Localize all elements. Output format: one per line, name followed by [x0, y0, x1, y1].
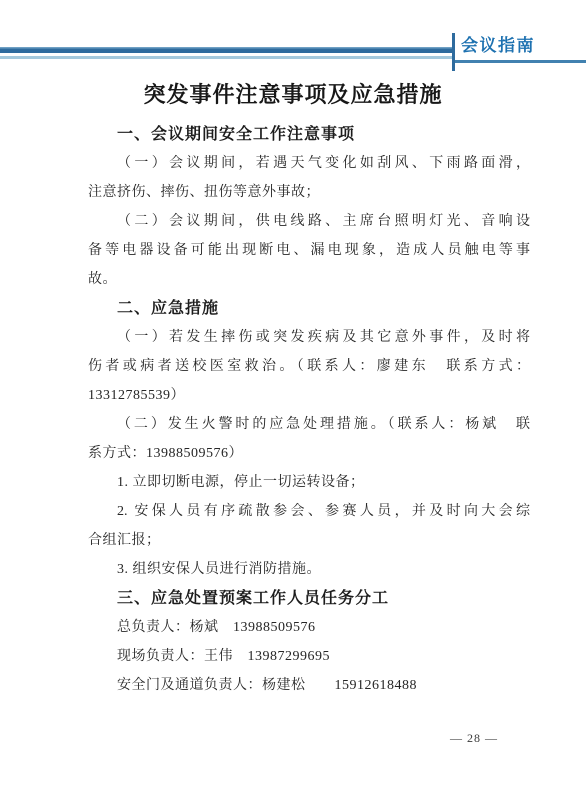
page-title: 突发事件注意事项及应急措施	[0, 81, 586, 108]
text-line: （一）若发生摔伤或突发疾病及其它意外事件，及时将	[88, 323, 530, 352]
text-line-phone: 系方式：13988509576）	[88, 439, 530, 468]
section-heading-safety-notes: 一、会议期间安全工作注意事项	[88, 120, 530, 149]
text-line: 合组汇报；	[88, 526, 530, 555]
document-page: 会议指南 突发事件注意事项及应急措施 一、会议期间安全工作注意事项 （一）会议期…	[0, 0, 586, 800]
section-heading-task-assignment: 三、应急处置预案工作人员任务分工	[88, 584, 530, 613]
text-line-step-2: 2. 安保人员有序疏散参会、参赛人员，并及时向大会综	[88, 497, 530, 526]
text-line-gate-contact: 安全门及通道负责人：杨建松 15912618488	[88, 671, 530, 700]
header-rule-dark	[0, 47, 453, 53]
text-line: 故。	[88, 265, 530, 294]
text-line: （一）会议期间，若遇天气变化如刮风、下雨路面滑，	[88, 149, 530, 178]
text-line-step-1: 1. 立即切断电源，停止一切运转设备；	[88, 468, 530, 497]
section-heading-emergency-measures: 二、应急措施	[88, 294, 530, 323]
header-tab-underline	[455, 60, 586, 63]
header-rule-light	[0, 56, 453, 59]
page-number: — 28 —	[429, 731, 519, 746]
text-line-contact-yangbin: （二）发生火警时的应急处理措施。（联系人：杨斌 联	[88, 410, 530, 439]
header-divider-line	[452, 33, 455, 71]
text-line-step-3: 3. 组织安保人员进行消防措施。	[88, 555, 530, 584]
text-line: 注意挤伤、摔伤、扭伤等意外事故；	[88, 178, 530, 207]
document-body: 一、会议期间安全工作注意事项 （一）会议期间，若遇天气变化如刮风、下雨路面滑， …	[88, 120, 530, 700]
text-line: 备等电器设备可能出现断电、漏电现象，造成人员触电等事	[88, 236, 530, 265]
text-line-site-contact: 现场负责人：王伟 13987299695	[88, 642, 530, 671]
text-line-contact-liaojiandong: 伤者或病者送校医室救治。（联系人：廖建东 联系方式：	[88, 352, 530, 381]
header-tab-label: 会议指南	[461, 35, 535, 57]
text-line-chief-contact: 总负责人：杨斌 13988509576	[88, 613, 530, 642]
text-line: （二）会议期间，供电线路、主席台照明灯光、音响设	[88, 207, 530, 236]
text-line-phone: 13312785539）	[88, 381, 530, 410]
